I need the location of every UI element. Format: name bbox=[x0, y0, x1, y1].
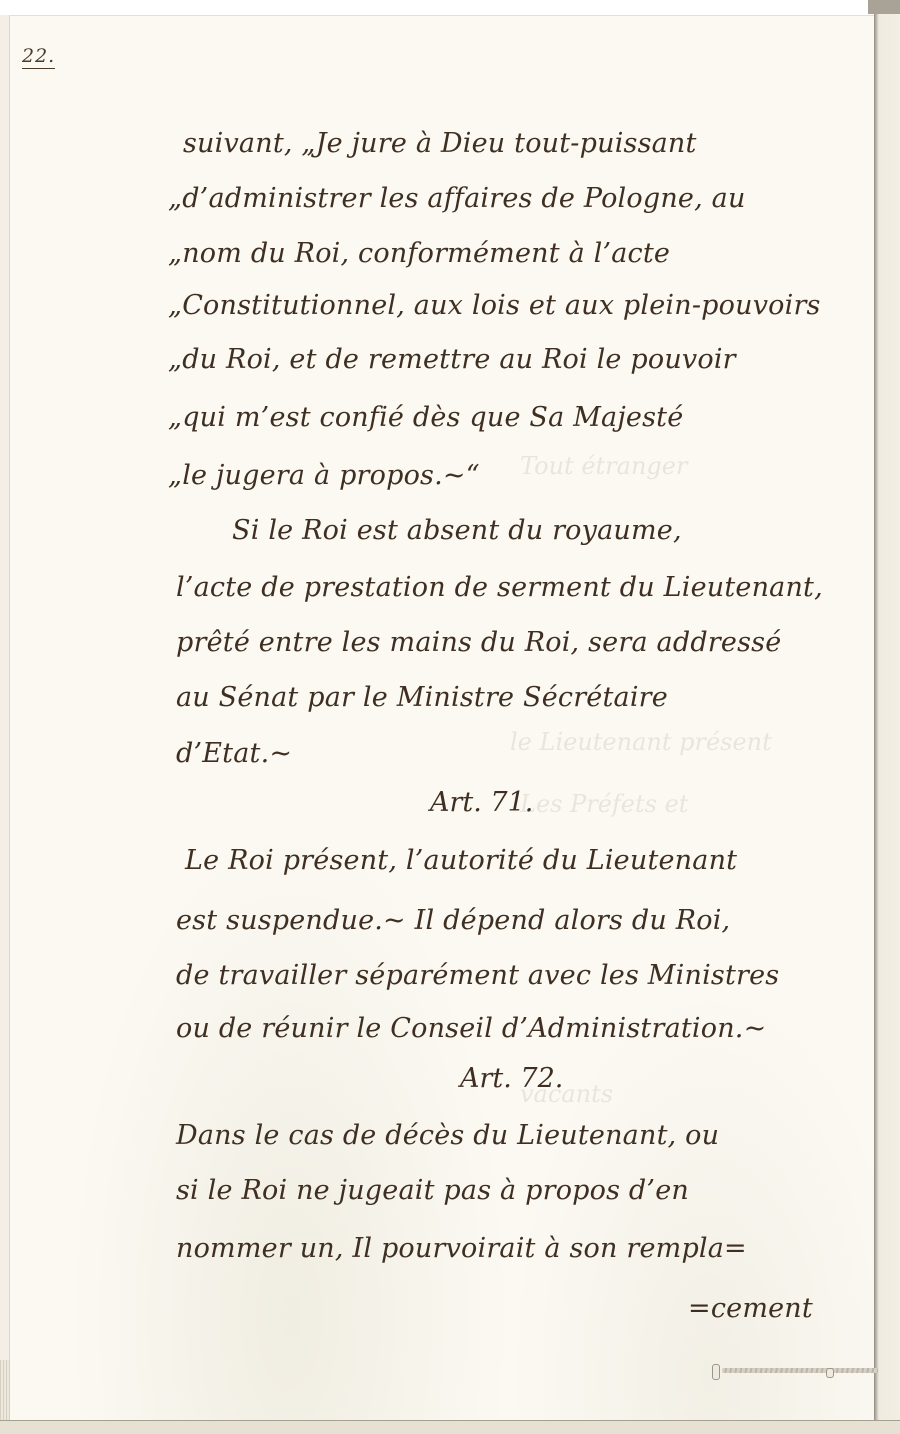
stitch-hole bbox=[826, 1368, 834, 1378]
text-line: est suspendue.~ Il dépend alors du Roi, bbox=[176, 905, 730, 936]
text-line: de travailler séparément avec les Minist… bbox=[176, 960, 779, 991]
manuscript-page bbox=[9, 15, 876, 1421]
text-line: d’Etat.~ bbox=[176, 738, 292, 769]
stitch-hole bbox=[712, 1364, 720, 1380]
manuscript-scan: Tout étranger le Lieutenant présent Les … bbox=[0, 0, 900, 1434]
text-line: si le Roi ne jugeait pas à propos d’en bbox=[176, 1175, 689, 1206]
text-line: suivant, „Je jure à Dieu tout-puissant bbox=[183, 128, 697, 159]
text-line: „d’administrer les affaires de Pologne, … bbox=[168, 183, 746, 214]
text-line: prêté entre les mains du Roi, sera addre… bbox=[176, 627, 781, 658]
binding-thread bbox=[722, 1368, 878, 1373]
page-number: 22. bbox=[22, 45, 55, 69]
text-line: Dans le cas de décès du Lieutenant, ou bbox=[176, 1120, 719, 1151]
page-stack-edges bbox=[0, 1360, 10, 1422]
binding-corner bbox=[868, 0, 900, 14]
scan-top-margin bbox=[0, 0, 900, 15]
bleed-through-text: le Lieutenant présent bbox=[510, 728, 772, 756]
text-line: l’acte de prestation de serment du Lieut… bbox=[176, 572, 823, 603]
bleed-through-text: Tout étranger bbox=[520, 452, 687, 480]
scan-bottom-margin bbox=[0, 1420, 900, 1434]
text-line: „qui m’est confié dès que Sa Majesté bbox=[168, 402, 683, 433]
text-line: „nom du Roi, conformément à l’acte bbox=[168, 238, 670, 269]
text-line: Si le Roi est absent du royaume, bbox=[232, 515, 682, 546]
bleed-through-text: Les Préfets et bbox=[520, 790, 688, 818]
adjacent-page-edge bbox=[874, 0, 900, 1434]
text-line: Le Roi présent, l’autorité du Lieutenant bbox=[185, 845, 737, 876]
article-heading-71: Art. 71. bbox=[430, 787, 533, 818]
article-heading-72: Art. 72. bbox=[460, 1063, 563, 1094]
text-line: nommer un, Il pourvoirait à son rempla= bbox=[176, 1233, 747, 1264]
text-line: =cement bbox=[688, 1293, 813, 1324]
text-line: ou de réunir le Conseil d’Administration… bbox=[176, 1013, 766, 1044]
text-line: „le jugera à propos.~“ bbox=[168, 460, 480, 491]
text-line: au Sénat par le Ministre Sécrétaire bbox=[176, 682, 668, 713]
text-line: „du Roi, et de remettre au Roi le pouvoi… bbox=[168, 344, 736, 375]
text-line: „Constitutionnel, aux lois et aux plein-… bbox=[168, 290, 821, 321]
